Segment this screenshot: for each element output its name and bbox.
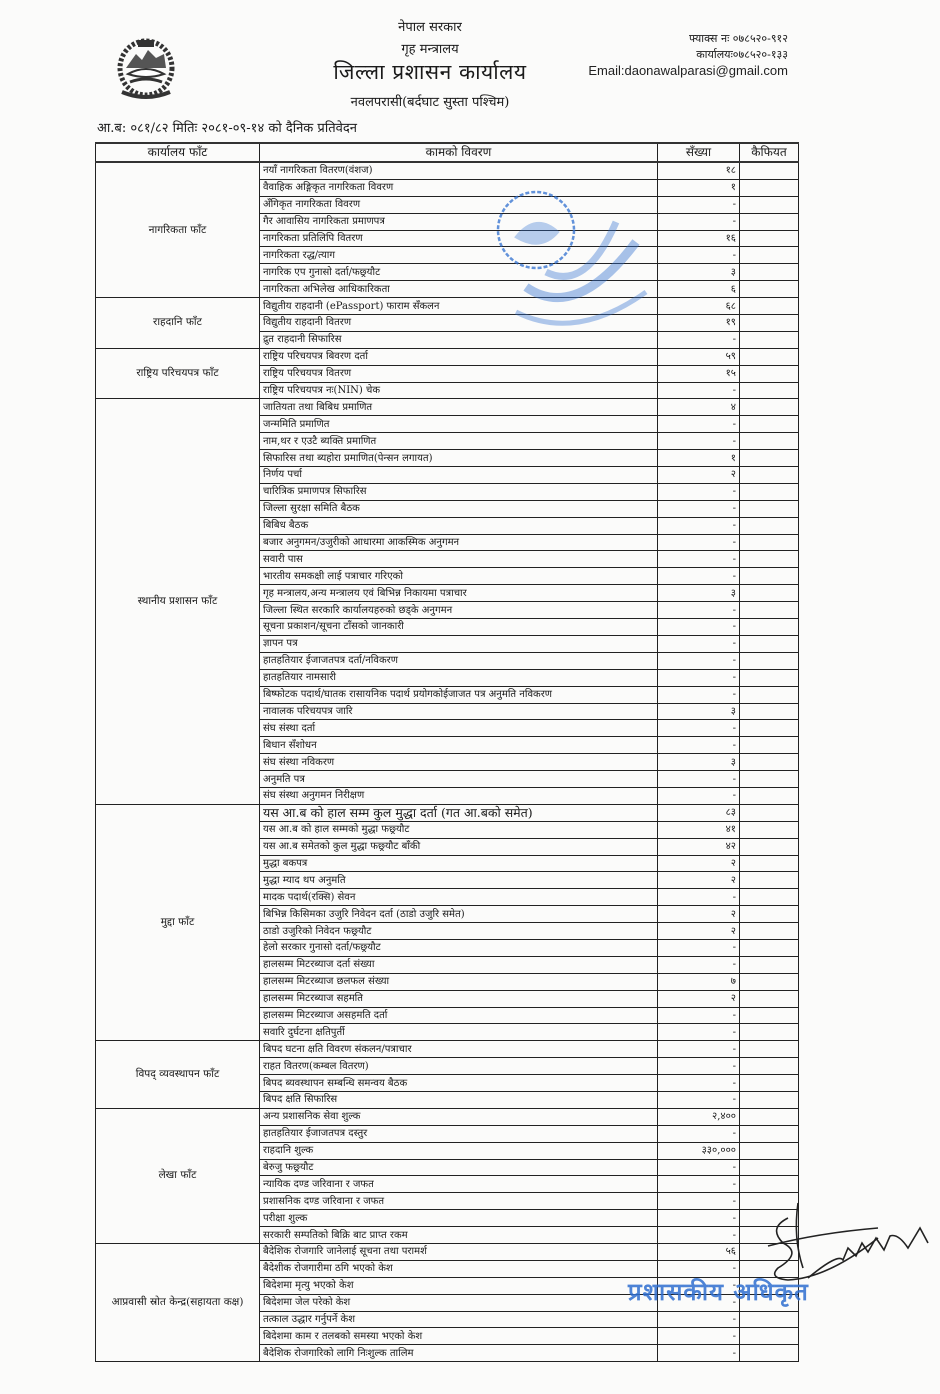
task-remark bbox=[740, 804, 799, 821]
task-description: सूचना प्रकाशन/सूचना टाँसको जानकारी bbox=[260, 619, 658, 636]
task-description: बिभिन्न किसिमका उजुरि निवेदन दर्ता (ठाडो… bbox=[260, 906, 658, 923]
task-description: मादक पदार्थ(रक्सि) सेवन bbox=[260, 889, 658, 906]
task-description: नागरिक एप गुनासो दर्ता/फछ्र्यौट bbox=[260, 264, 658, 281]
section-name: आप्रवासी स्रोत केन्द्र(सहायता कक्ष) bbox=[96, 1244, 260, 1362]
task-description: ठाडो उजुरिको निवेदन फछ्र्यौट bbox=[260, 923, 658, 940]
task-count: ३ bbox=[658, 703, 740, 720]
task-remark bbox=[740, 517, 799, 534]
column-header-count: सँख्या bbox=[658, 143, 740, 162]
task-description: सिफारिस तथा ब्यहोरा प्रमाणित(पेन्सन लगाय… bbox=[260, 450, 658, 467]
task-description: बैदेशिक रोजगारि जानेलाई सूचना तथा परामर्… bbox=[260, 1244, 658, 1261]
task-remark bbox=[740, 855, 799, 872]
task-description: गैर आवासिय नागरिकता प्रमाणपत्र bbox=[260, 213, 658, 230]
task-description: यस आ.ब को हाल सम्मको मुद्धा फछ्र्यौट bbox=[260, 821, 658, 838]
task-remark bbox=[740, 568, 799, 585]
task-remark bbox=[740, 433, 799, 450]
task-count: - bbox=[658, 196, 740, 213]
task-count: - bbox=[658, 1007, 740, 1024]
task-remark bbox=[740, 652, 799, 669]
district-name: नवलपरासी(बर्दघाट सुस्ता पश्चिम) bbox=[300, 92, 560, 110]
task-remark bbox=[740, 213, 799, 230]
task-description: भारतीय समकक्षी लाई पत्राचार गरिएको bbox=[260, 568, 658, 585]
task-description: राष्ट्रिय परिचयपत्र नः(NIN) चेक bbox=[260, 382, 658, 399]
section-name: राहदानि फाँट bbox=[96, 298, 260, 349]
task-count: - bbox=[658, 652, 740, 669]
task-count: - bbox=[658, 686, 740, 703]
task-description: जिल्ला सुरक्षा समिति बैठक bbox=[260, 500, 658, 517]
signatory-title-stamp: प्रशासकीय अधिकृत bbox=[628, 1275, 809, 1308]
task-count: - bbox=[658, 247, 740, 264]
table-row: राष्ट्रिय परिचयपत्र फाँटराष्ट्रिय परिचयप… bbox=[96, 348, 799, 365]
task-count: २ bbox=[658, 906, 740, 923]
section-name: विपद् व्यवस्थापन फाँट bbox=[96, 1041, 260, 1109]
column-header-section: कार्यालय फाँट bbox=[96, 143, 260, 162]
fax-number: फ्याक्स नः ०७८५२०-९१२ bbox=[689, 31, 788, 46]
task-remark bbox=[740, 315, 799, 332]
task-count: - bbox=[658, 500, 740, 517]
task-remark bbox=[740, 331, 799, 348]
table-row: नागरिकता फाँटनयाँ नागरिकता वितरण(वंशज)१८ bbox=[96, 162, 799, 179]
task-remark bbox=[740, 838, 799, 855]
task-description: अनुमति पत्र bbox=[260, 771, 658, 788]
task-count: - bbox=[658, 720, 740, 737]
task-remark bbox=[740, 1244, 799, 1261]
table-row: मुद्दा फाँटयस आ.ब को हाल सम्म कुल मुद्धा… bbox=[96, 804, 799, 821]
task-description: हातहतियार नामसारी bbox=[260, 669, 658, 686]
task-description: जिल्ला स्थित सरकारि कार्यालयहरुको छड्के … bbox=[260, 602, 658, 619]
task-description: मुद्धा बकपत्र bbox=[260, 855, 658, 872]
task-description: द्रुत राहदानी सिफारिस bbox=[260, 331, 658, 348]
task-description: हालसम्म मिटरब्याज छलफल संख्या bbox=[260, 973, 658, 990]
task-remark bbox=[740, 1041, 799, 1058]
task-remark bbox=[740, 230, 799, 247]
task-description: अँगिकृत नागरिकता विवरण bbox=[260, 196, 658, 213]
task-description: चारित्रिक प्रमाणपत्र सिफारिस bbox=[260, 483, 658, 500]
task-count: ६८ bbox=[658, 298, 740, 315]
task-remark bbox=[740, 1007, 799, 1024]
task-count: ३ bbox=[658, 585, 740, 602]
task-remark bbox=[740, 872, 799, 889]
task-count: ३ bbox=[658, 264, 740, 281]
task-description: बिदेशमा मृत्यु भएको केश bbox=[260, 1277, 658, 1294]
task-remark bbox=[740, 1125, 799, 1142]
task-count: १८ bbox=[658, 162, 740, 179]
task-description: न्यायिक दण्ड जरिवाना र जफत bbox=[260, 1176, 658, 1193]
task-count: - bbox=[658, 1176, 740, 1193]
task-description: बिष्फोटक पदार्थ/घातक रासायनिक पदार्थ प्र… bbox=[260, 686, 658, 703]
task-description: ज्ञापन पत्र bbox=[260, 635, 658, 652]
task-remark bbox=[740, 619, 799, 636]
task-count: - bbox=[658, 213, 740, 230]
task-count: २ bbox=[658, 923, 740, 940]
task-description: परीक्षा शुल्क bbox=[260, 1210, 658, 1227]
task-description: निर्णय पर्चा bbox=[260, 467, 658, 484]
task-count: - bbox=[658, 1075, 740, 1092]
task-count: - bbox=[658, 787, 740, 804]
task-remark bbox=[740, 1328, 799, 1345]
task-remark bbox=[740, 923, 799, 940]
task-remark bbox=[740, 754, 799, 771]
task-description: जातियता तथा बिबिध प्रमाणित bbox=[260, 399, 658, 416]
task-description: संघ संस्था अनुगमन निरीक्षण bbox=[260, 787, 658, 804]
task-remark bbox=[740, 196, 799, 213]
task-remark bbox=[740, 889, 799, 906]
task-count: - bbox=[658, 568, 740, 585]
task-remark bbox=[740, 1159, 799, 1176]
task-remark bbox=[740, 1075, 799, 1092]
task-remark bbox=[740, 348, 799, 365]
task-count: - bbox=[658, 483, 740, 500]
task-remark bbox=[740, 1058, 799, 1075]
section-name: नागरिकता फाँट bbox=[96, 162, 260, 298]
task-remark bbox=[740, 450, 799, 467]
task-description: बिदेशमा जेल परेको केश bbox=[260, 1294, 658, 1311]
task-remark bbox=[740, 382, 799, 399]
task-description: बिधान सँशोधन bbox=[260, 737, 658, 754]
task-description: संघ संस्था नविकरण bbox=[260, 754, 658, 771]
task-remark bbox=[740, 973, 799, 990]
office-email: Email:daonawalparasi@gmail.com bbox=[588, 63, 788, 78]
table-row: आप्रवासी स्रोत केन्द्र(सहायता कक्ष)बैदेश… bbox=[96, 1244, 799, 1261]
task-description: संघ संस्था दर्ता bbox=[260, 720, 658, 737]
task-remark bbox=[740, 1142, 799, 1159]
task-description: बिपद ब्यवस्थापन सम्बन्धि समन्वय बैठक bbox=[260, 1075, 658, 1092]
section-name: राष्ट्रिय परिचयपत्र फाँट bbox=[96, 348, 260, 399]
task-count: १६ bbox=[658, 230, 740, 247]
task-remark bbox=[740, 602, 799, 619]
task-count: - bbox=[658, 602, 740, 619]
daily-report-table: कार्यालय फाँट कामको विवरण सँख्या कैफियत … bbox=[95, 142, 799, 1362]
task-remark bbox=[740, 635, 799, 652]
task-remark bbox=[740, 264, 799, 281]
task-remark bbox=[740, 771, 799, 788]
task-count: - bbox=[658, 1091, 740, 1108]
task-remark bbox=[740, 162, 799, 179]
task-remark bbox=[740, 1108, 799, 1125]
task-count: - bbox=[658, 382, 740, 399]
task-count: ३३०,००० bbox=[658, 1142, 740, 1159]
task-description: हातहतियार ईजाजतपत्र दर्ता/नविकरण bbox=[260, 652, 658, 669]
task-description: नयाँ नागरिकता वितरण(वंशज) bbox=[260, 162, 658, 179]
task-remark bbox=[740, 939, 799, 956]
task-description: नागरिकता रद्ध/त्याग bbox=[260, 247, 658, 264]
task-description: प्रशासनिक दण्ड जरिवाना र जफत bbox=[260, 1193, 658, 1210]
column-header-remarks: कैफियत bbox=[740, 143, 799, 162]
task-count: - bbox=[658, 939, 740, 956]
task-remark bbox=[740, 906, 799, 923]
task-remark bbox=[740, 1176, 799, 1193]
section-name: मुद्दा फाँट bbox=[96, 804, 260, 1040]
section-name: स्थानीय प्रशासन फाँट bbox=[96, 399, 260, 804]
task-remark bbox=[740, 1091, 799, 1108]
task-description: यस आ.ब को हाल सम्म कुल मुद्धा दर्ता (गत … bbox=[260, 804, 658, 821]
task-count: - bbox=[658, 534, 740, 551]
task-count: - bbox=[658, 1193, 740, 1210]
task-count: - bbox=[658, 1311, 740, 1328]
task-description: अन्य प्रशासनिक सेवा शुल्क bbox=[260, 1108, 658, 1125]
task-count: ४ bbox=[658, 399, 740, 416]
task-remark bbox=[740, 1311, 799, 1328]
task-count: ३ bbox=[658, 754, 740, 771]
task-description: यस आ.ब समेतको कुल मुद्धा फछ्र्यौट बाँकी bbox=[260, 838, 658, 855]
task-remark bbox=[740, 990, 799, 1007]
task-count: १ bbox=[658, 450, 740, 467]
task-description: राहत वितरण(कम्बल वितरण) bbox=[260, 1058, 658, 1075]
task-count: - bbox=[658, 771, 740, 788]
task-count: - bbox=[658, 1125, 740, 1142]
task-description: बिपद क्षति सिफारिस bbox=[260, 1091, 658, 1108]
task-description: हालसम्म मिटरब्याज दर्ता संख्या bbox=[260, 956, 658, 973]
task-count: - bbox=[658, 416, 740, 433]
task-remark bbox=[740, 365, 799, 382]
task-description: हालसम्म मिटरब्याज सहमति bbox=[260, 990, 658, 1007]
task-remark bbox=[740, 1345, 799, 1362]
task-description: सवारी पास bbox=[260, 551, 658, 568]
table-row: राहदानि फाँटविद्युतीय राहदानी (ePassport… bbox=[96, 298, 799, 315]
task-count: - bbox=[658, 1328, 740, 1345]
task-remark bbox=[740, 1024, 799, 1041]
task-description: राष्ट्रिय परिचयपत्र वितरण bbox=[260, 365, 658, 382]
task-count: १ bbox=[658, 179, 740, 196]
task-remark bbox=[740, 956, 799, 973]
task-count: - bbox=[658, 1159, 740, 1176]
task-description: मुद्धा म्याद थप अनुमति bbox=[260, 872, 658, 889]
task-description: बैदेशिक रोजगारिको लागि निःशुल्क तालिम bbox=[260, 1345, 658, 1362]
task-count: - bbox=[658, 1024, 740, 1041]
task-count: - bbox=[658, 737, 740, 754]
task-description: बिबिध बैठक bbox=[260, 517, 658, 534]
task-count: ४१ bbox=[658, 821, 740, 838]
task-description: हालसम्म मिटरब्याज असहमति दर्ता bbox=[260, 1007, 658, 1024]
task-remark bbox=[740, 821, 799, 838]
task-count: १५ bbox=[658, 365, 740, 382]
task-description: बजार अनुगमन/उजुरीको आधारमा आकस्मिक अनुगम… bbox=[260, 534, 658, 551]
task-count: - bbox=[658, 551, 740, 568]
task-remark bbox=[740, 298, 799, 315]
task-remark bbox=[740, 1227, 799, 1244]
task-count: - bbox=[658, 1041, 740, 1058]
task-remark bbox=[740, 703, 799, 720]
task-description: विद्युतीय राहदानी वितरण bbox=[260, 315, 658, 332]
task-count: - bbox=[658, 956, 740, 973]
task-count: २,४०० bbox=[658, 1108, 740, 1125]
task-count: ८३ bbox=[658, 804, 740, 821]
task-description: सरकारी सम्पतिको बिक्रि बाट प्राप्त रकम bbox=[260, 1227, 658, 1244]
task-count: ४२ bbox=[658, 838, 740, 855]
task-description: बेरुजु फछ्र्यौट bbox=[260, 1159, 658, 1176]
task-count: २ bbox=[658, 855, 740, 872]
task-remark bbox=[740, 534, 799, 551]
task-description: वैवाहिक अङ्गिकृत नागरिकता विवरण bbox=[260, 179, 658, 196]
task-count: - bbox=[658, 433, 740, 450]
task-count: ६ bbox=[658, 281, 740, 298]
task-description: तत्काल उद्धार गर्नुपर्ने केश bbox=[260, 1311, 658, 1328]
task-count: ५९ bbox=[658, 348, 740, 365]
task-remark bbox=[740, 551, 799, 568]
office-name: जिल्ला प्रशासन कार्यालय bbox=[300, 58, 560, 86]
ministry-name: गृह मन्त्रालय bbox=[300, 39, 560, 57]
task-description: विद्युतीय राहदानी (ePassport) फाराम सँकल… bbox=[260, 298, 658, 315]
office-phone: कार्यालयः०७८५२०-१३३ bbox=[696, 47, 788, 62]
task-count: २ bbox=[658, 990, 740, 1007]
task-count: - bbox=[658, 669, 740, 686]
task-remark bbox=[740, 416, 799, 433]
task-remark bbox=[740, 737, 799, 754]
task-remark bbox=[740, 399, 799, 416]
task-count: - bbox=[658, 331, 740, 348]
task-remark bbox=[740, 585, 799, 602]
task-description: राष्ट्रिय परिचयपत्र बिवरण दर्ता bbox=[260, 348, 658, 365]
task-count: - bbox=[658, 1058, 740, 1075]
task-description: बिदेशमा काम र तलबको समस्या भएको केश bbox=[260, 1328, 658, 1345]
task-remark bbox=[740, 720, 799, 737]
task-remark bbox=[740, 500, 799, 517]
government-name: नेपाल सरकार bbox=[300, 17, 560, 35]
task-remark bbox=[740, 1193, 799, 1210]
column-header-description: कामको विवरण bbox=[260, 143, 658, 162]
task-description: हातहतियार ईजाजतपत्र दस्तुर bbox=[260, 1125, 658, 1142]
task-description: राहदानि शुल्क bbox=[260, 1142, 658, 1159]
task-count: ५६ bbox=[658, 1244, 740, 1261]
table-row: लेखा फाँटअन्य प्रशासनिक सेवा शुल्क२,४०० bbox=[96, 1108, 799, 1125]
task-description: बैदेशीक रोजगारीमा ठगि भएको केश bbox=[260, 1260, 658, 1277]
task-description: नावालक परिचयपत्र जारि bbox=[260, 703, 658, 720]
task-description: नागरिकता प्रतिलिपि वितरण bbox=[260, 230, 658, 247]
task-count: ७ bbox=[658, 973, 740, 990]
task-count: - bbox=[658, 635, 740, 652]
task-remark bbox=[740, 467, 799, 484]
task-count: - bbox=[658, 889, 740, 906]
task-remark bbox=[740, 247, 799, 264]
task-count: - bbox=[658, 1210, 740, 1227]
table-body: नागरिकता फाँटनयाँ नागरिकता वितरण(वंशज)१८… bbox=[96, 162, 799, 1362]
task-description: नाम,थर र एउटै ब्यक्ति प्रमाणित bbox=[260, 433, 658, 450]
task-remark bbox=[740, 281, 799, 298]
task-count: - bbox=[658, 1227, 740, 1244]
task-remark bbox=[740, 483, 799, 500]
task-count: - bbox=[658, 619, 740, 636]
task-remark bbox=[740, 669, 799, 686]
task-remark bbox=[740, 179, 799, 196]
report-title: आ.ब: ०८१/८२ मितिः २०८१-०९-१४ को दैनिक प्… bbox=[97, 118, 357, 136]
task-description: जन्ममिति प्रमाणित bbox=[260, 416, 658, 433]
task-count: - bbox=[658, 1345, 740, 1362]
table-row: विपद् व्यवस्थापन फाँटबिपद घटना क्षति विव… bbox=[96, 1041, 799, 1058]
task-count: २ bbox=[658, 872, 740, 889]
table-header-row: कार्यालय फाँट कामको विवरण सँख्या कैफियत bbox=[96, 143, 799, 162]
section-name: लेखा फाँट bbox=[96, 1108, 260, 1243]
task-remark bbox=[740, 787, 799, 804]
task-description: नागरिकता अभिलेख आधिकारिकता bbox=[260, 281, 658, 298]
task-description: सवारि दुर्घटना क्षतिपुर्ती bbox=[260, 1024, 658, 1041]
task-count: १९ bbox=[658, 315, 740, 332]
government-emblem-icon bbox=[108, 32, 184, 102]
table-row: स्थानीय प्रशासन फाँटजातियता तथा बिबिध प्… bbox=[96, 399, 799, 416]
task-description: बिपद घटना क्षति विवरण संकलन/पत्राचार bbox=[260, 1041, 658, 1058]
task-count: - bbox=[658, 517, 740, 534]
task-remark bbox=[740, 1210, 799, 1227]
task-description: हेलो सरकार गुनासो दर्ता/फछ्र्यौट bbox=[260, 939, 658, 956]
task-description: गृह मन्त्रालय,अन्य मन्त्रालय एवं बिभिन्न… bbox=[260, 585, 658, 602]
task-count: २ bbox=[658, 467, 740, 484]
task-remark bbox=[740, 686, 799, 703]
